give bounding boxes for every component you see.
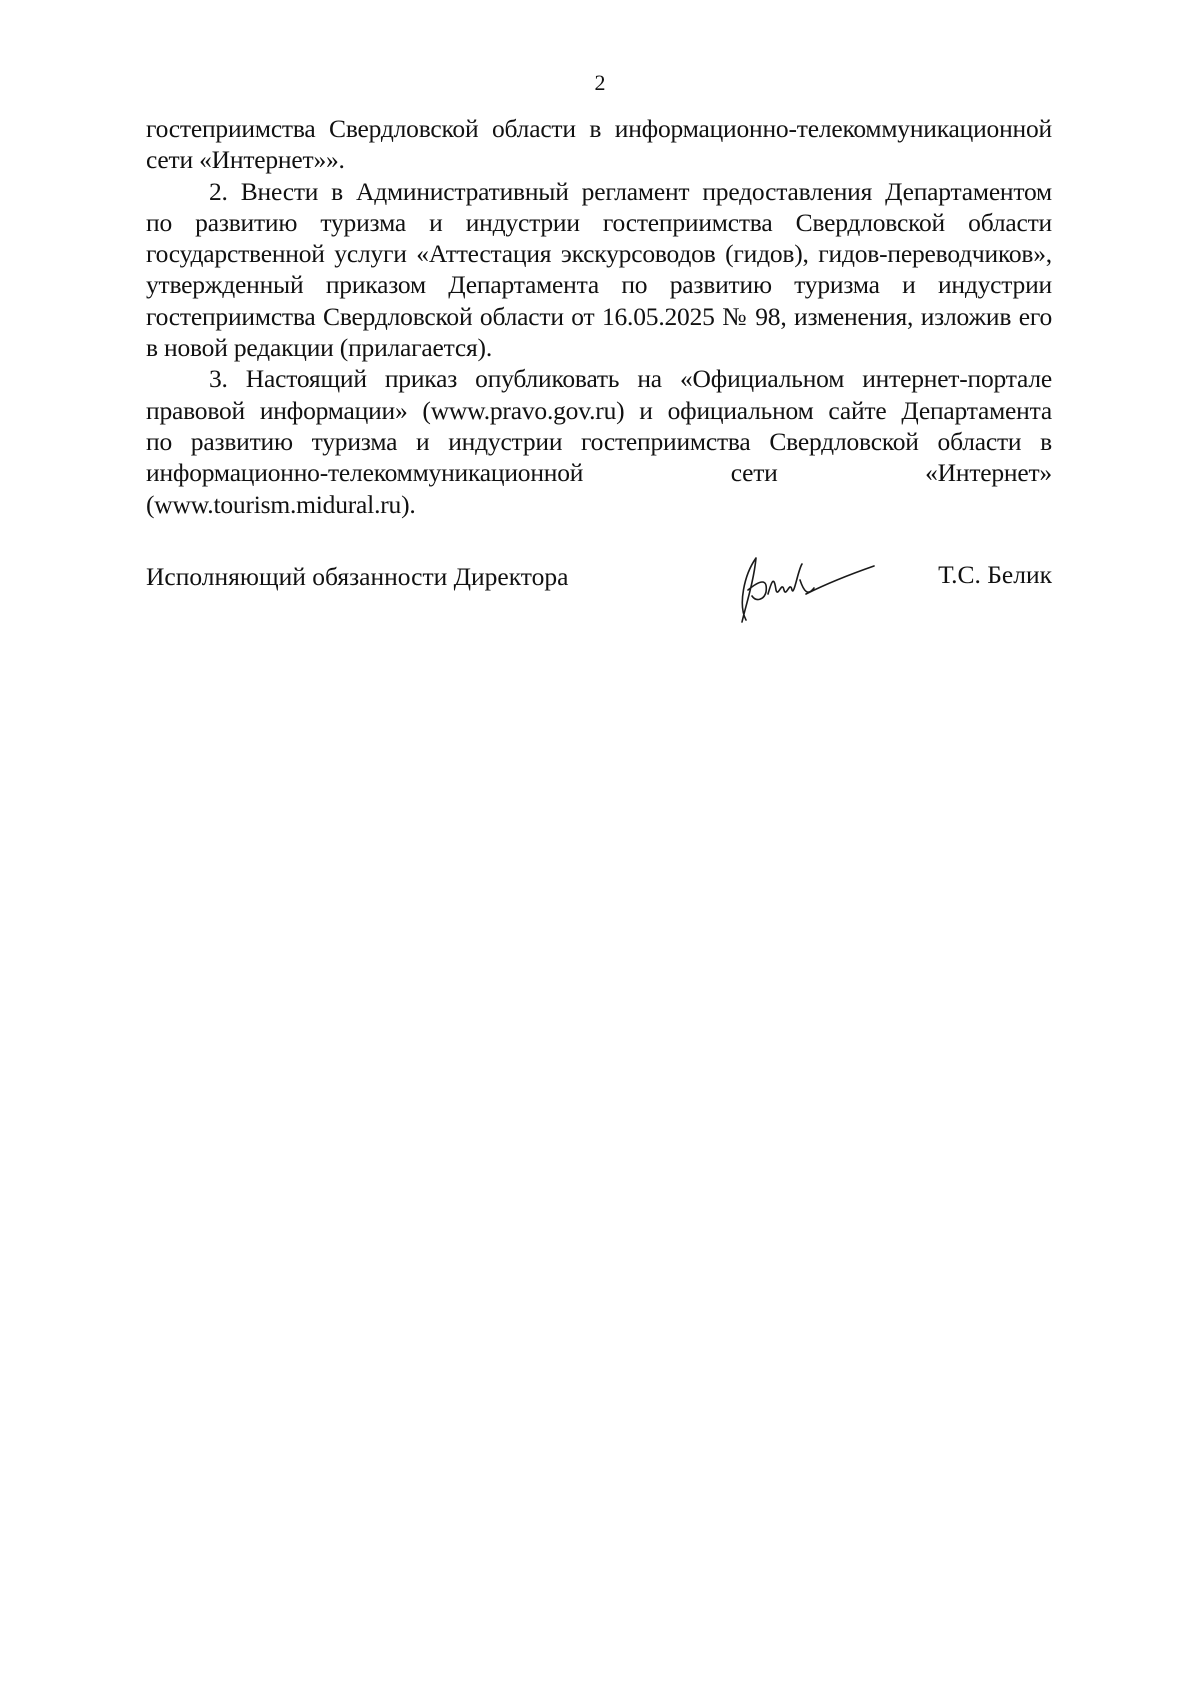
text-line: 3. Настоящий приказ опубликовать на «Офи… (146, 363, 1052, 394)
page-number: 2 (0, 70, 1200, 96)
text-line: государственной услуги «Аттестация экску… (146, 238, 1052, 269)
signature-icon (716, 550, 876, 630)
signature-block: Исполняющий обязанности Директора Т.С. Б… (146, 558, 1052, 638)
text-line: по развитию туризма и индустрии гостепри… (146, 207, 1052, 238)
text-line: гостеприимства Свердловской области от 1… (146, 301, 1052, 332)
text-line: гостеприимства Свердловской области в ин… (146, 113, 1052, 144)
text-line: информационно-телекоммуникационной сети … (146, 457, 1052, 488)
text-line: утвержденный приказом Департамента по ра… (146, 269, 1052, 300)
text-line: сети «Интернет»». (146, 144, 1052, 175)
text-line: (www.tourism.midural.ru). (146, 489, 1052, 520)
paragraph-item-2: 2. Внести в Административный регламент п… (146, 176, 1052, 364)
text-line: в новой редакции (прилагается). (146, 332, 1052, 363)
text-line: по развитию туризма и индустрии гостепри… (146, 426, 1052, 457)
text-line: 2. Внести в Административный регламент п… (146, 176, 1052, 207)
text-line: правовой информации» (www.pravo.gov.ru) … (146, 395, 1052, 426)
document-body: гостеприимства Свердловской области в ин… (146, 113, 1052, 520)
paragraph-item-3: 3. Настоящий приказ опубликовать на «Офи… (146, 363, 1052, 519)
paragraph-continuation: гостеприимства Свердловской области в ин… (146, 113, 1052, 176)
document-page: 2 гостеприимства Свердловской области в … (0, 0, 1200, 1696)
signatory-name: Т.С. Белик (938, 560, 1052, 590)
signatory-role: Исполняющий обязанности Директора (146, 562, 568, 592)
